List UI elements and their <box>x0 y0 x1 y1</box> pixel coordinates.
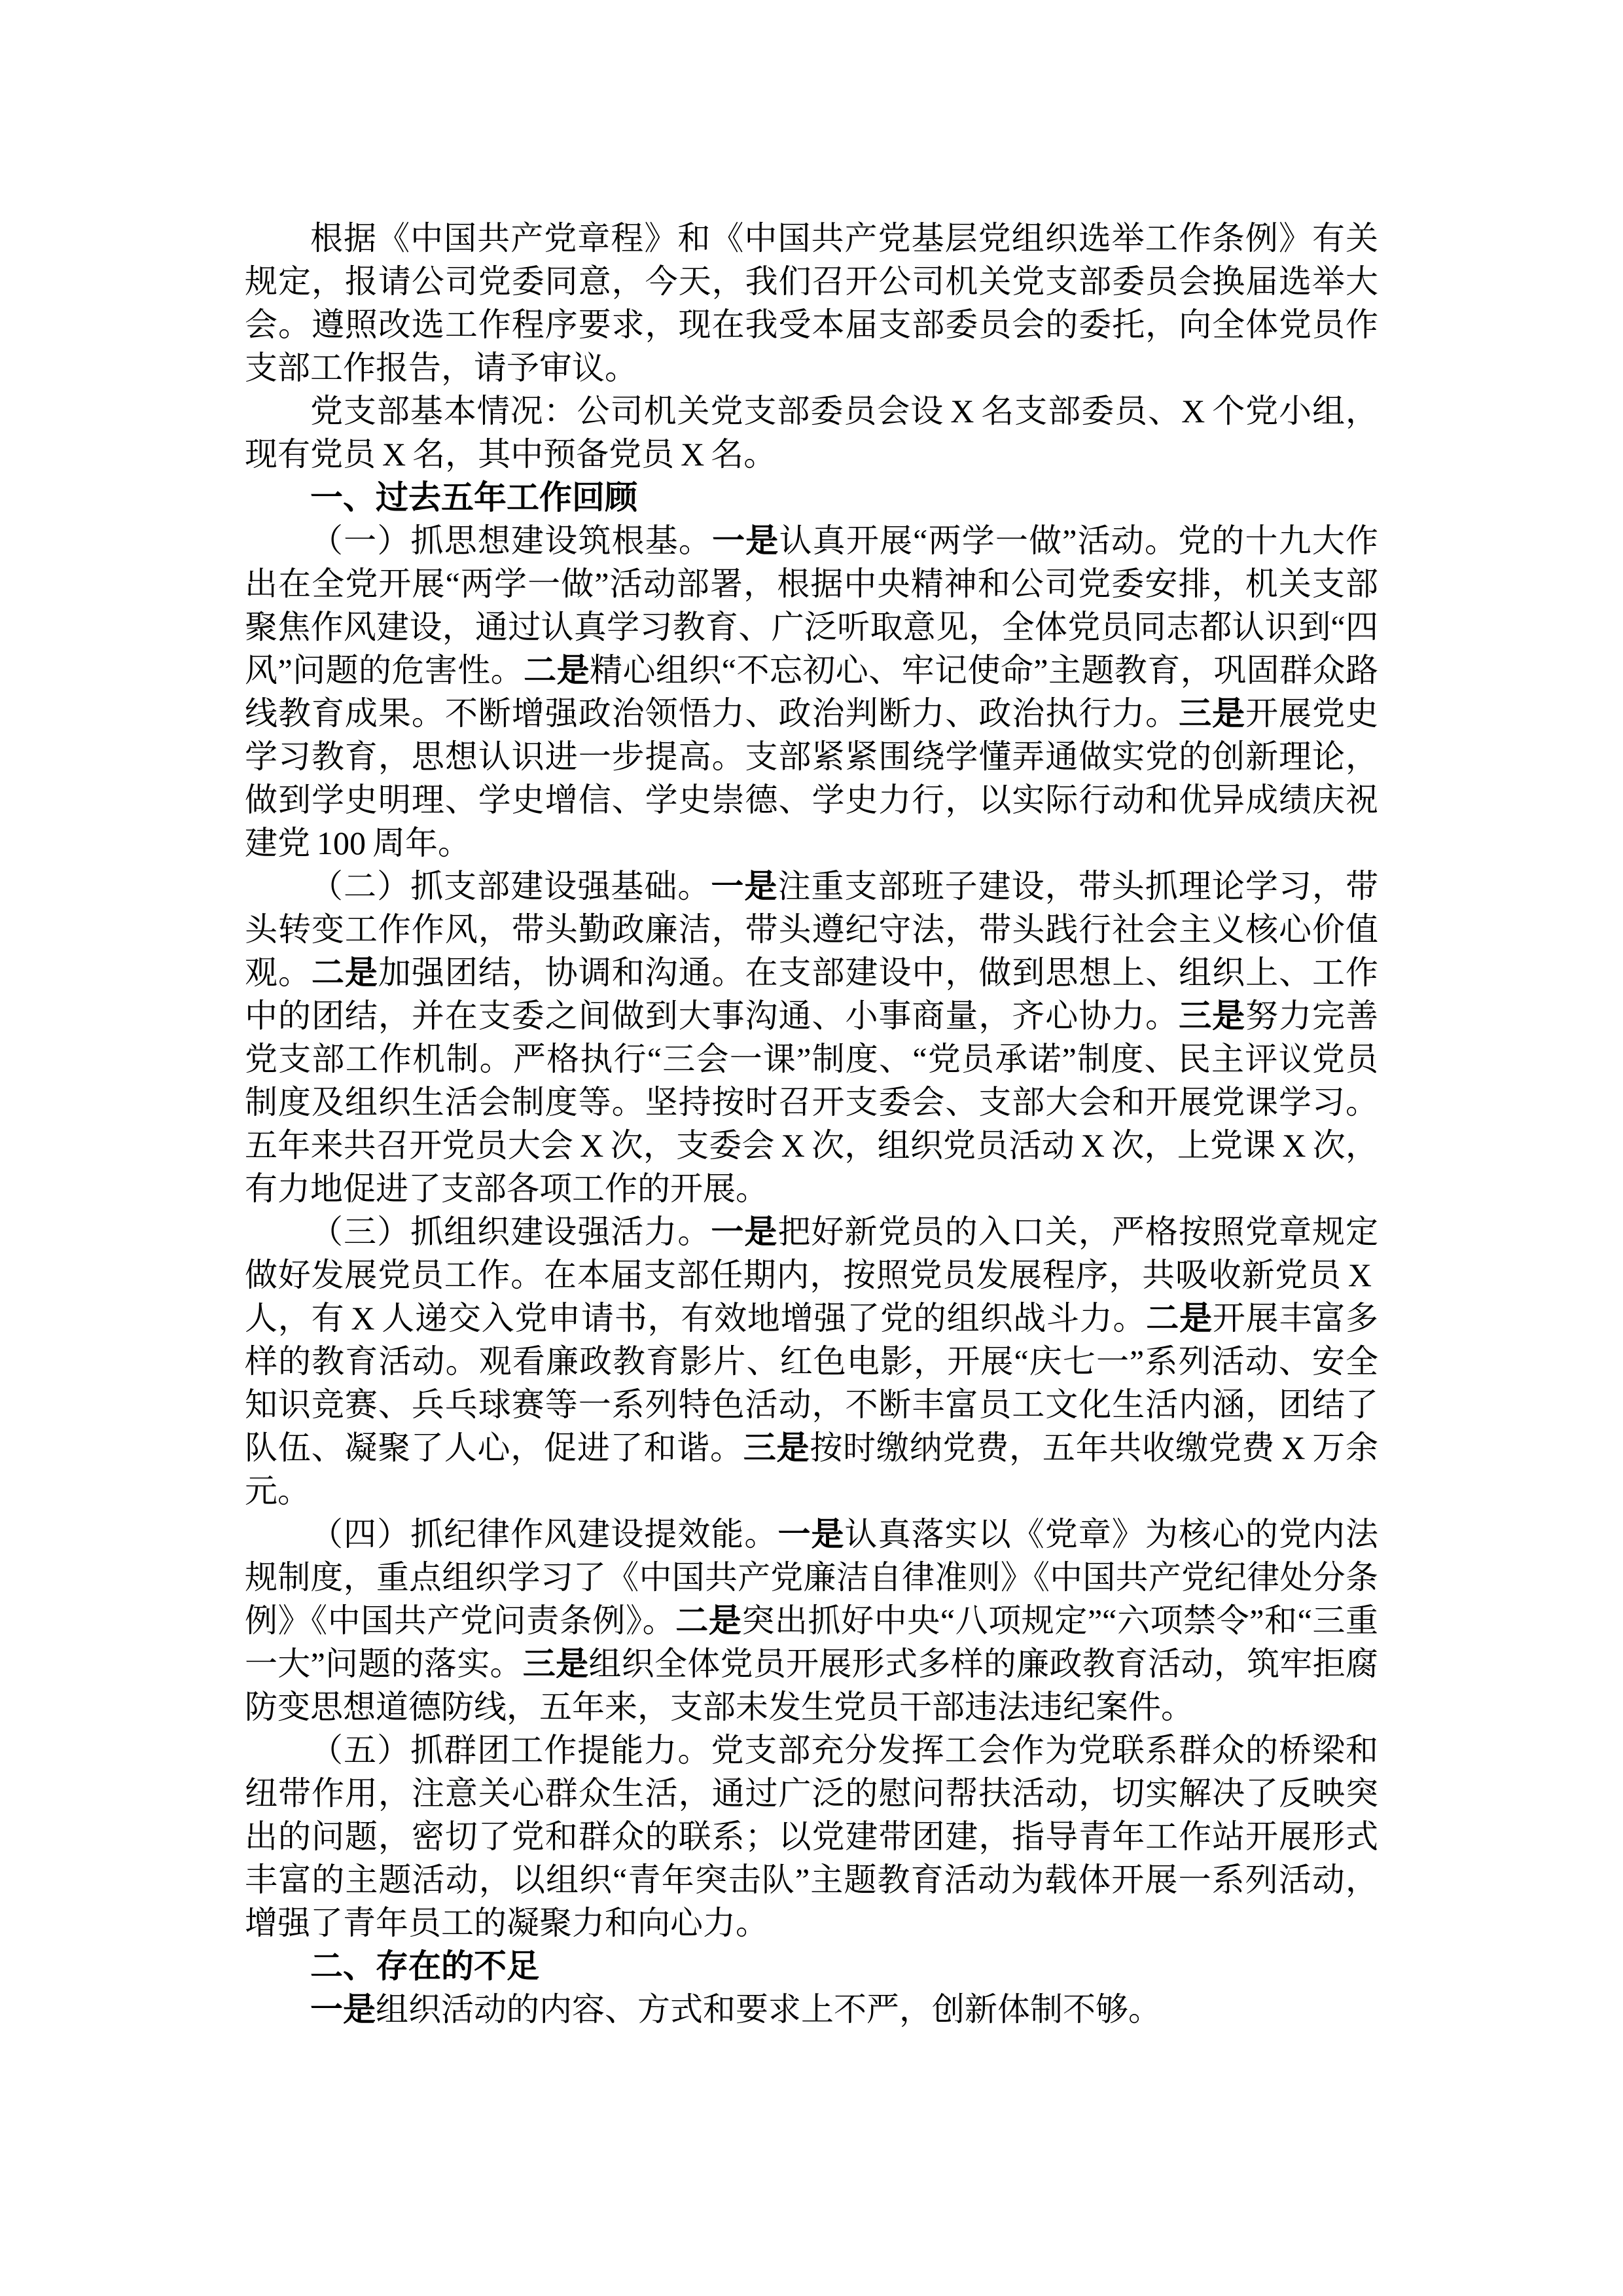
heading-shortcomings: 二、存在的不足 <box>245 1945 1378 1988</box>
text-run: 党支部基本情况：公司机关党支部委员会设 X 名支部委员、X 个党小组，现有党员 … <box>245 393 1378 473</box>
bold-text-run: 二是 <box>675 1602 741 1639</box>
paragraph-mass-work: （五）抓群团工作提能力。党支部充分发挥工会作为党联系群众的桥梁和纽带作用，注意关… <box>245 1729 1378 1945</box>
document-page: 根据《中国共产党章程》和《中国共产党基层党组织选举工作条例》有关规定，报请公司党… <box>0 0 1623 2296</box>
bold-text-run: 一是 <box>310 1991 376 2028</box>
text-run: （一）抓思想建设筑根基。 <box>310 522 712 559</box>
paragraph-shortcoming-1: 一是组织活动的内容、方式和要求上不严，创新体制不够。 <box>245 1988 1378 2031</box>
bold-text-run: 二是 <box>1146 1300 1213 1336</box>
bold-text-run: 一、过去五年工作回顾 <box>310 479 637 516</box>
paragraph-opening: 根据《中国共产党章程》和《中国共产党基层党组织选举工作条例》有关规定，报请公司党… <box>245 217 1378 389</box>
text-run: 组织活动的内容、方式和要求上不严，创新体制不够。 <box>376 1991 1161 2028</box>
paragraph-organization-building: （三）抓组织建设强活力。一是把好新党员的入口关，严格按照党章规定做好发展党员工作… <box>245 1210 1378 1513</box>
paragraph-discipline-building: （四）抓纪律作风建设提效能。一是认真落实以《党章》为核心的党内法规制度，重点组织… <box>245 1513 1378 1729</box>
heading-five-year-review: 一、过去五年工作回顾 <box>245 476 1378 519</box>
text-run: （五）抓群团工作提能力。党支部充分发挥工会作为党联系群众的桥梁和纽带作用，注意关… <box>245 1732 1378 1941</box>
bold-text-run: 一是 <box>712 522 779 559</box>
text-run: 根据《中国共产党章程》和《中国共产党基层党组织选举工作条例》有关规定，报请公司党… <box>245 220 1378 386</box>
bold-text-run: 二是 <box>524 652 590 689</box>
text-run: （四）抓纪律作风建设提效能。 <box>310 1516 777 1552</box>
bold-text-run: 一是 <box>711 868 777 905</box>
paragraph-ideology-building: （一）抓思想建设筑根基。一是认真开展“两学一做”活动。党的十九大作出在全党开展“… <box>245 519 1378 865</box>
bold-text-run: 三是 <box>1179 997 1245 1034</box>
bold-text-run: 二是 <box>312 954 378 991</box>
bold-text-run: 一是 <box>711 1213 777 1250</box>
bold-text-run: 三是 <box>743 1429 810 1466</box>
bold-text-run: 三是 <box>523 1645 589 1682</box>
bold-text-run: 一是 <box>777 1516 844 1552</box>
text-run: （三）抓组织建设强活力。 <box>310 1213 711 1250</box>
paragraph-branch-overview: 党支部基本情况：公司机关党支部委员会设 X 名支部委员、X 个党小组，现有党员 … <box>245 389 1378 476</box>
bold-text-run: 三是 <box>1179 695 1245 732</box>
bold-text-run: 二、存在的不足 <box>310 1948 539 1984</box>
paragraph-branch-building: （二）抓支部建设强基础。一是注重支部班子建设，带头抓理论学习，带头转变工作作风，… <box>245 865 1378 1210</box>
document-body: 根据《中国共产党章程》和《中国共产党基层党组织选举工作条例》有关规定，报请公司党… <box>245 217 1378 2031</box>
text-run: （二）抓支部建设强基础。 <box>310 868 711 905</box>
